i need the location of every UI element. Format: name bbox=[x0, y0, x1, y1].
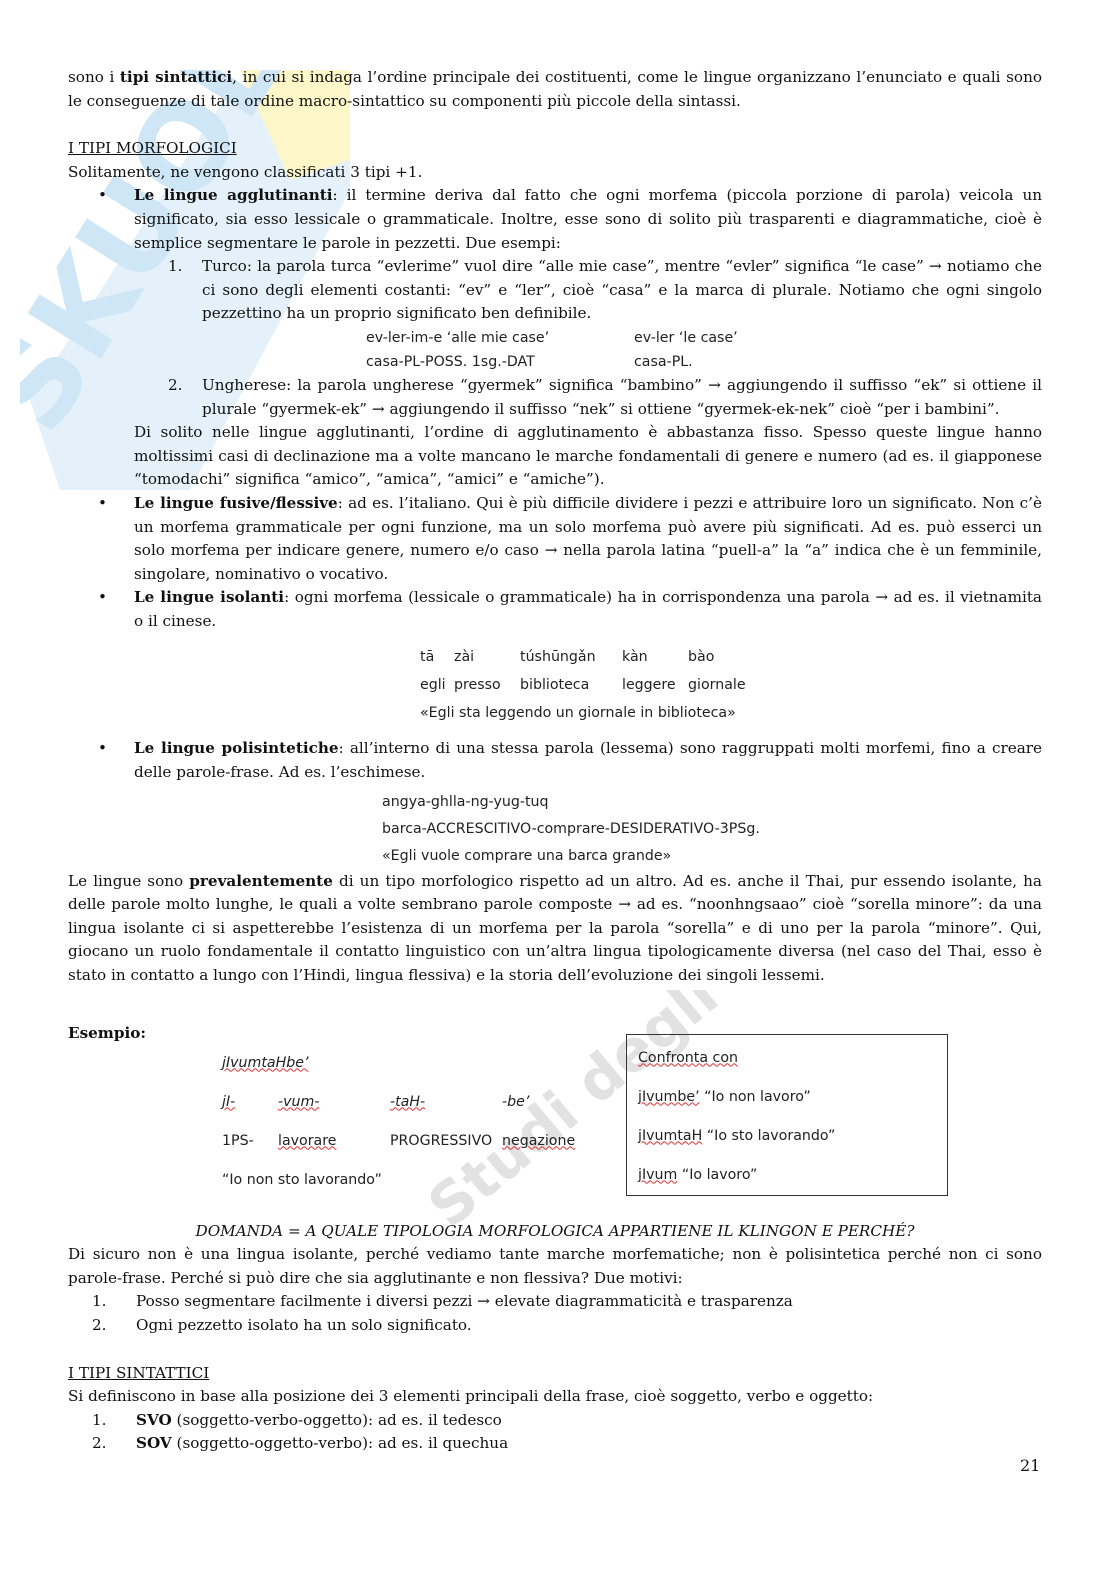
list-item-svo: 1.SVO (soggetto-verbo-oggetto): ad es. i… bbox=[68, 1409, 1042, 1433]
list-item-turco: 1. Turco: la parola turca “evlerime” vuo… bbox=[68, 255, 1042, 326]
synt-list: 1.SVO (soggetto-verbo-oggetto): ad es. i… bbox=[68, 1409, 1042, 1456]
klingon-example: Esempio: jIvumtaHbe’ jI- -vum- -taH- -be… bbox=[68, 1022, 1042, 1220]
agglutinanti-examples-2: 2. Ungherese: la parola ungherese “gyerm… bbox=[68, 374, 1042, 421]
list-item-reason: 2.Ogni pezzetto isolato ha un solo signi… bbox=[68, 1314, 1042, 1338]
answer-paragraph: Di sicuro non è una lingua isolante, per… bbox=[68, 1243, 1042, 1290]
agglutinanti-note: Di solito nelle lingue agglutinanti, l’o… bbox=[134, 421, 1042, 492]
list-item-agglutinanti: Le lingue agglutinanti: il termine deriv… bbox=[68, 184, 1042, 492]
esempio-label: Esempio: bbox=[68, 1022, 146, 1046]
isolanti-gloss: tā zài túshūngǎn kàn bào egli presso bib… bbox=[420, 643, 1042, 727]
compare-box: Confronta con jIvumbe’ “Io non lavoro” j… bbox=[626, 1034, 948, 1196]
page-number: 21 bbox=[1020, 1456, 1040, 1475]
list-item-sov: 2.SOV (soggetto-oggetto-verbo): ad es. i… bbox=[68, 1432, 1042, 1456]
prevalence-paragraph: Le lingue sono prevalentemente di un tip… bbox=[68, 870, 1042, 988]
list-item-ungherese: 2. Ungherese: la parola ungherese “gyerm… bbox=[68, 374, 1042, 421]
morph-types-list: Le lingue agglutinanti: il termine deriv… bbox=[68, 184, 1042, 869]
reasons-list: 1.Posso segmentare facilmente i diversi … bbox=[68, 1290, 1042, 1337]
list-item-reason: 1.Posso segmentare facilmente i diversi … bbox=[68, 1290, 1042, 1314]
list-item-isolanti: Le lingue isolanti: ogni morfema (lessic… bbox=[68, 586, 1042, 737]
synt-lead: Si definiscono in base alla posizione de… bbox=[68, 1385, 1042, 1409]
list-item-fusive: Le lingue fusive/flessive: ad es. l’ital… bbox=[68, 492, 1042, 586]
agglutinanti-examples: 1. Turco: la parola turca “evlerime” vuo… bbox=[68, 255, 1042, 326]
document-body: sono i tipi sintattici, in cui si indaga… bbox=[68, 66, 1042, 1456]
heading-tipi-sintattici: I TIPI SINTATTICI bbox=[68, 1362, 1042, 1386]
list-item-polisintetiche: Le lingue polisintetiche: all’interno di… bbox=[68, 737, 1042, 869]
heading-tipi-morfologici: I TIPI MORFOLOGICI bbox=[68, 137, 1042, 161]
question-line: DOMANDA = A QUALE TIPOLOGIA MORFOLOGICA … bbox=[68, 1220, 1042, 1244]
document-page: SKUOLA Studi degli sono i tipi sintattic… bbox=[0, 0, 1116, 1579]
morph-lead: Solitamente, ne vengono classificati 3 t… bbox=[68, 161, 1042, 185]
intro-paragraph: sono i tipi sintattici, in cui si indaga… bbox=[68, 66, 1042, 113]
turco-gloss: ev-ler-im-e ‘alle mie case’ ev-ler ‘le c… bbox=[366, 326, 1042, 374]
klingon-gloss: jIvumtaHbe’ jI- -vum- -taH- -be’ 1PS- la… bbox=[222, 1044, 602, 1200]
polisintetiche-gloss: angya-ghlla-ng-yug-tuq barca-ACCRESCITIV… bbox=[382, 789, 1042, 870]
